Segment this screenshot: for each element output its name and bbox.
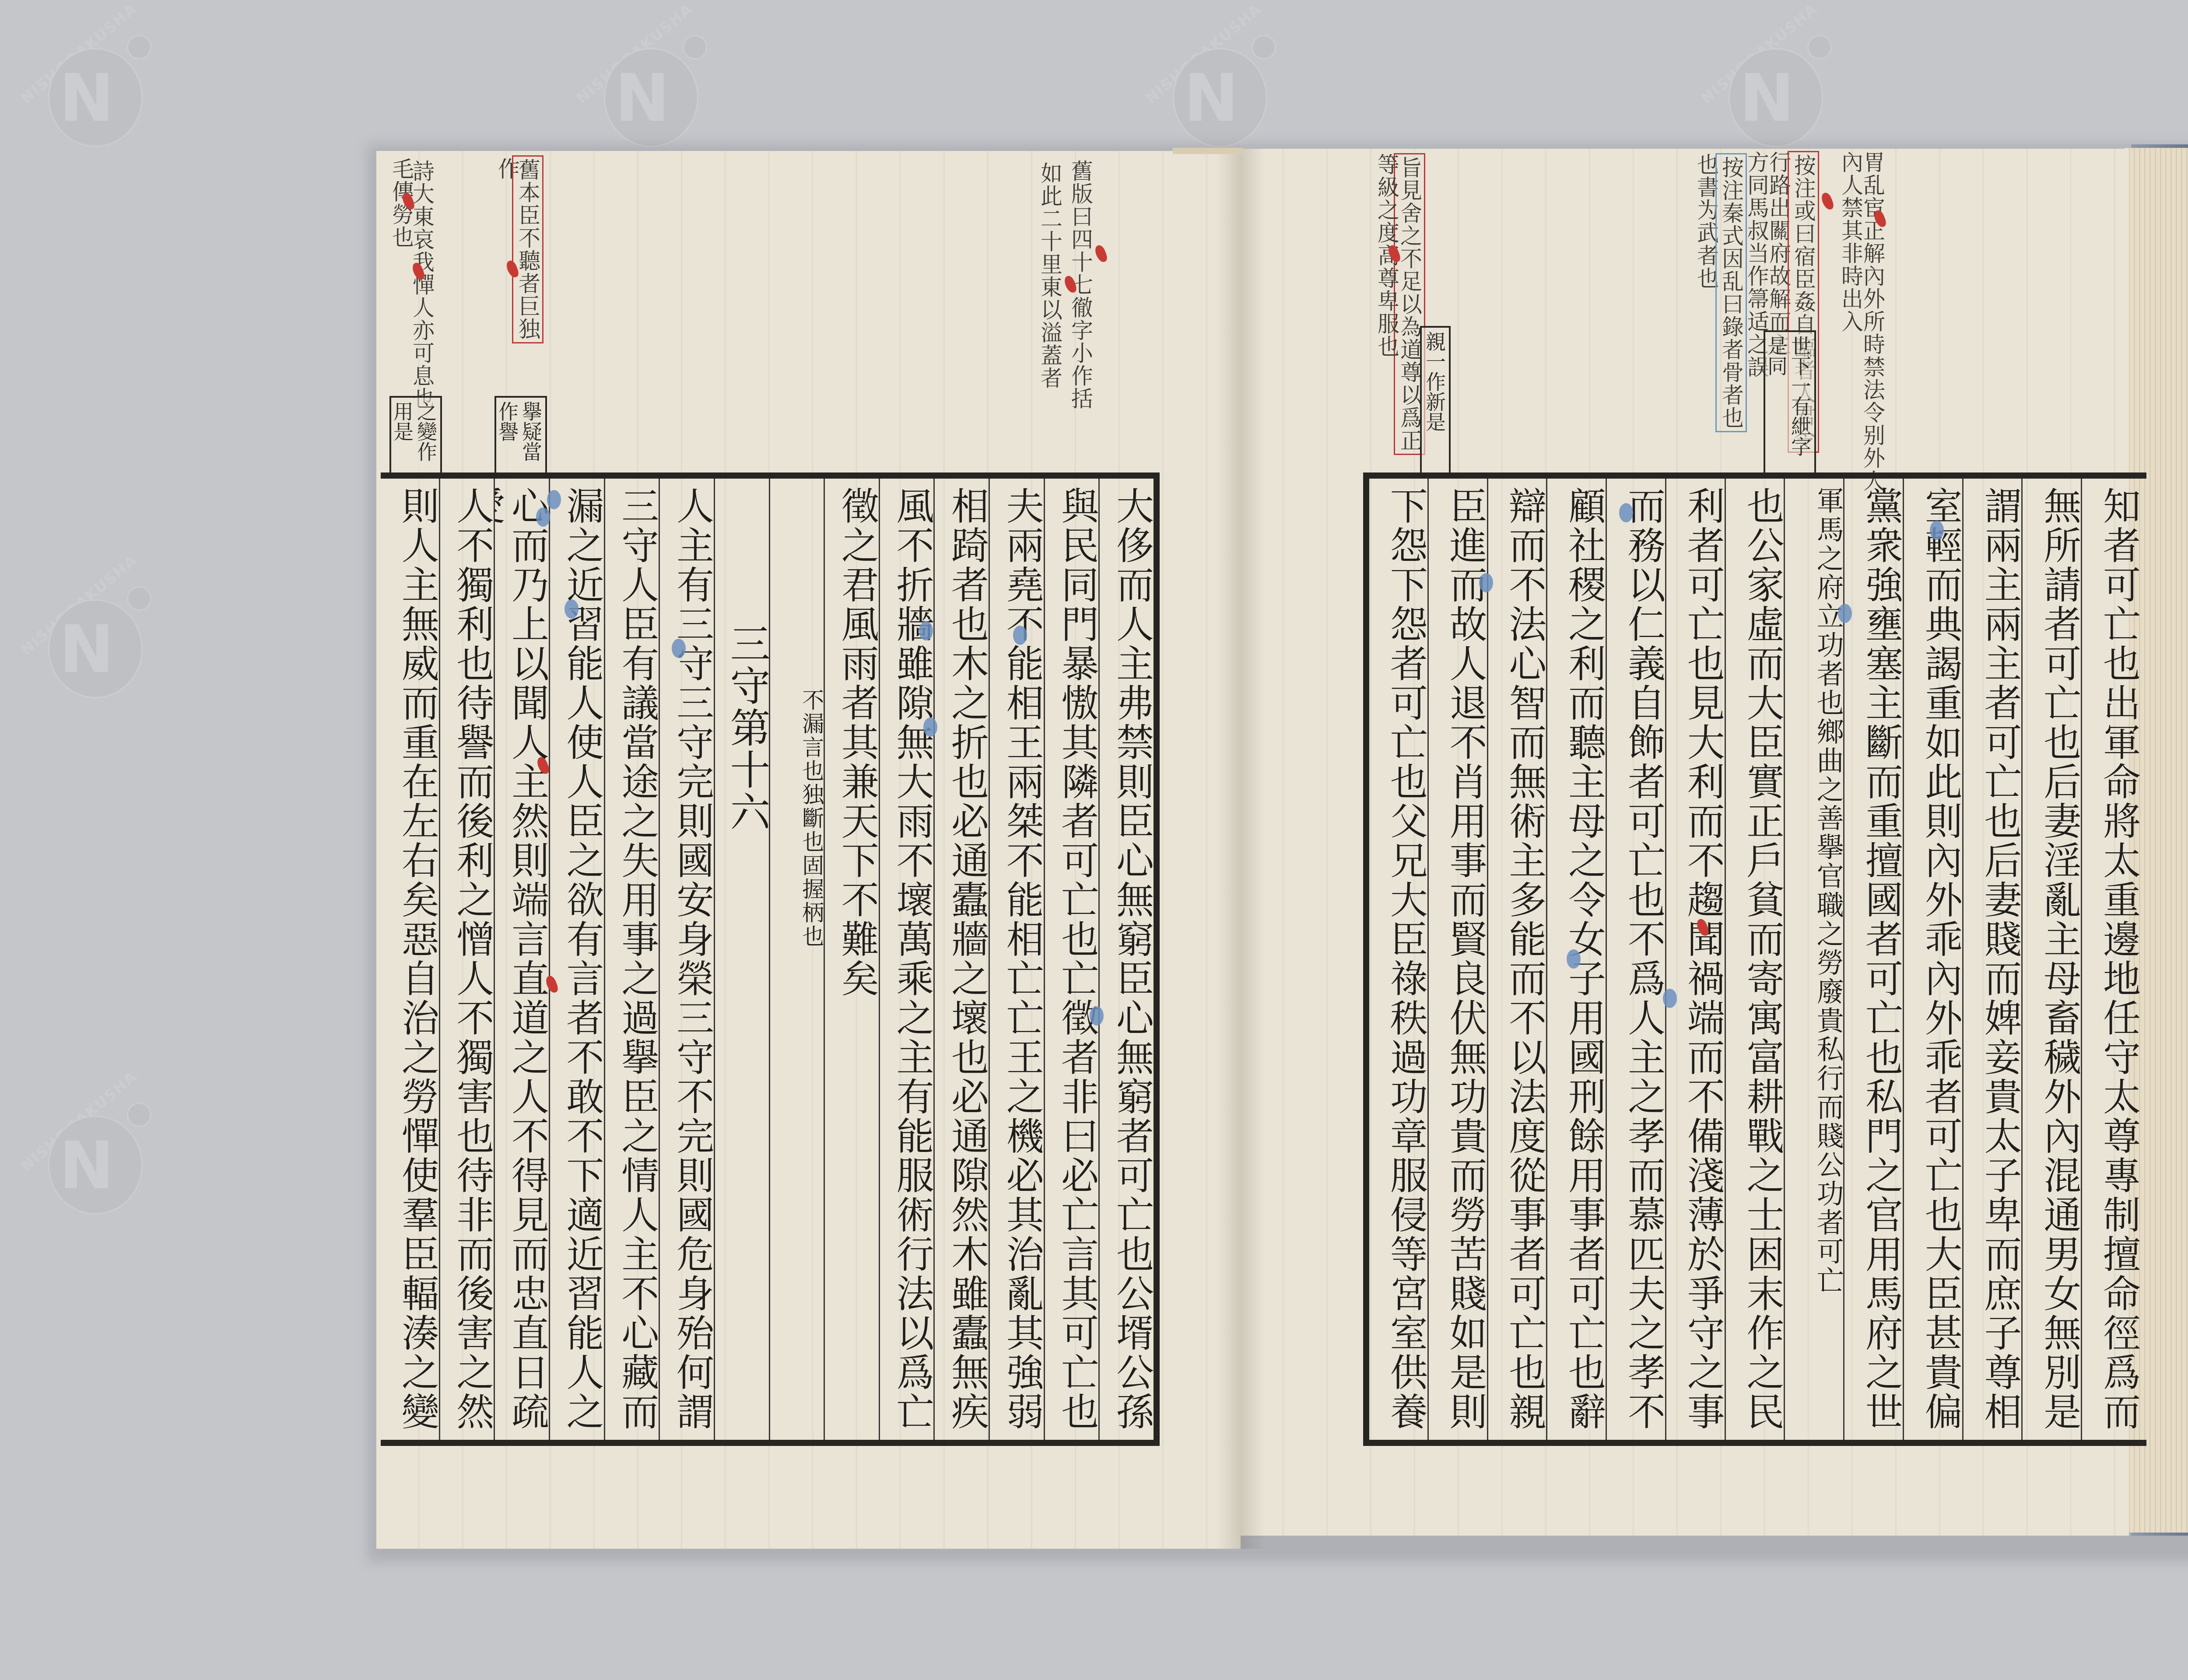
blue-annotation-mark: [547, 490, 561, 509]
watermark-dot: [127, 35, 151, 59]
blue-annotation-mark: [1619, 503, 1633, 522]
n-logo-icon: N: [1184, 66, 1239, 131]
text-column: 臣進而故人退不肖用事而賢良伏無功貴而勞苦賤如是則: [1427, 479, 1487, 1440]
text-column: 室輕而典謁重如此則內外乖內外乖者可亡也大臣甚貴偏: [1903, 479, 1962, 1440]
text-column: 謂兩主兩主者可亡也后妻賤而婢妾貴太子卑而庶子尊相: [1962, 479, 2022, 1440]
watermark-logo: NISHOGAKUSHA N: [18, 569, 149, 700]
watermark-dot: [1807, 35, 1832, 59]
watermark-logo: NISHOGAKUSHA N: [18, 1085, 149, 1216]
n-logo-icon: N: [59, 1133, 114, 1199]
chapter-subnote-column: 不漏言也独斷也固握柄也: [769, 479, 824, 1440]
head-note-boxed: 舊本臣不聽者巨独: [512, 155, 543, 343]
head-note: 詩大東哀我憚人亦可息也: [409, 160, 435, 410]
text-column: 利者可亡也見大利而不趨聞禍端而不備淺薄於爭守之事: [1665, 479, 1725, 1440]
text-column: 無所請者可亡也后妻淫亂主母畜穢外內混通男女無別是: [2021, 479, 2081, 1440]
chapter-title: 三守第十六: [714, 479, 769, 1440]
blue-annotation-mark: [1013, 626, 1027, 645]
frame-box-note: 世下一有紲字是同: [1764, 330, 1816, 475]
blue-annotation-mark: [1838, 604, 1852, 623]
watermark-logo: NISHOGAKUSHA N: [1142, 17, 1273, 149]
watermark-dot: [1252, 35, 1276, 59]
chapter-subnote: 不漏言也独斷也固握柄也: [799, 689, 824, 948]
text-column: 軍馬之府立功者也鄉曲之善擧官職之勞廢貴私行而賤公功者可亡: [1784, 479, 1843, 1440]
text-column: 相踦者也木之折也必通蠹牆之壞也必通隙然木雖蠹無疾: [933, 479, 989, 1440]
frame-box-note: 擧疑當作譽: [494, 396, 547, 475]
binding-thread: [1173, 148, 1243, 154]
blue-annotation-mark: [1567, 949, 1581, 969]
frame-box-note: 之變作用是: [389, 396, 442, 475]
text-column: 徵之君風雨者其兼天下不難矣: [824, 479, 879, 1440]
watermark-dot: [127, 1102, 151, 1127]
text-column: 黨衆強壅塞主斷而重擅國者可亡也私門之官用馬府之世: [1843, 479, 1903, 1440]
n-logo-icon: N: [1739, 66, 1795, 131]
blue-annotation-mark: [1479, 573, 1493, 592]
head-note: 胃乱宦正解內外所時禁法令别外人: [1860, 151, 1885, 492]
blue-annotation-mark: [919, 621, 933, 640]
text-column: 知者可亡也出軍命將太重邊地任守太尊專制擅命徑爲而: [2081, 479, 2140, 1440]
right-text-columns: 知者可亡也出軍命將太重邊地任守太尊專制擅命徑爲而 無所請者可亡也后妻淫亂主母畜穢…: [1369, 479, 2140, 1440]
blue-annotation-mark: [1090, 1006, 1104, 1025]
watermark-logo: NISHOGAKUSHA N: [1698, 17, 1829, 149]
text-column: 辯而不法心智而無術主多能而不以法度從事者可亡也親: [1487, 479, 1546, 1440]
text-column: 而務以仁義自飾者可亡也不爲人主之孝而慕匹夫之孝不: [1606, 479, 1665, 1440]
head-note-boxed: 按注秦式因乱曰錄者骨者也: [1715, 153, 1747, 432]
watermark-dot: [127, 586, 151, 611]
text-column: 心而乃上以聞人主然則端言直道之人不得見而忠直日疏愛: [494, 479, 549, 1440]
blue-annotation-mark: [1930, 521, 1944, 540]
blue-annotation-mark: [1663, 989, 1677, 1008]
blue-annotation-mark: [672, 639, 686, 658]
blue-annotation-mark: [565, 599, 579, 619]
blue-annotation-mark: [536, 507, 550, 527]
text-column: 人不獨利也待譽而後利之憎人不獨害也待非而後害之然: [439, 479, 494, 1440]
n-logo-icon: N: [615, 66, 670, 131]
head-note: 如此二十里東以溢蓋者: [1037, 162, 1062, 389]
watermark-logo: NISHOGAKUSHA N: [18, 17, 149, 149]
text-column: 與民同門暴慠其隣者可亡也亡徵者非曰必亡言其可亡也: [1044, 479, 1099, 1440]
text-column: 漏之近習能人使人臣之欲有言者不敢不下適近習能人之: [549, 479, 604, 1440]
frame-box-note: 親一作新是: [1420, 326, 1451, 475]
n-logo-icon: N: [59, 66, 114, 131]
text-column: 也公家虛而大臣實正戶貧而寄寓富耕戰之士困末作之民: [1725, 479, 1784, 1440]
text-column: 大侈而人主弗禁則臣心無窮臣心無窮者可亡也公壻公孫: [1098, 479, 1154, 1440]
text-column: 三守人臣有議當途之失用事之過擧臣之情人主不心藏而: [604, 479, 659, 1440]
n-logo-icon: N: [59, 617, 114, 682]
watermark-dot: [683, 35, 707, 59]
text-column: 人主有三守三守完則國安身榮三守不完則國危身殆何謂: [659, 479, 714, 1440]
blue-annotation-mark: [923, 717, 937, 737]
watermark-logo: NISHOGAKUSHA N: [573, 17, 705, 149]
left-text-columns: 大侈而人主弗禁則臣心無窮臣心無窮者可亡也公壻公孫 與民同門暴慠其隣者可亡也亡徵者…: [385, 479, 1154, 1440]
text-column: 則人主無威而重在左右矣惡自治之勞憚使羣臣輻湊之變: [385, 479, 439, 1440]
text-column: 下怨下怨者可亡也父兄大臣祿秩過功章服侵等宮室供養: [1369, 479, 1427, 1440]
text-column: 夫兩堯不能相王兩桀不能相亡亡王之機必其治亂其強弱: [989, 479, 1044, 1440]
book-gutter: [1217, 149, 1265, 1549]
